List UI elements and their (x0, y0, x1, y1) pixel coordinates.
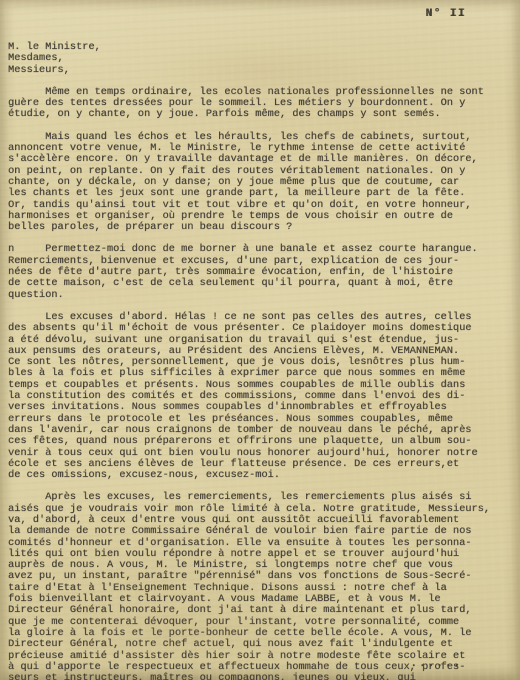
salutation-line-ministre: M. le Ministre, (8, 42, 514, 53)
page-number: N° II (425, 9, 466, 20)
salutation-line-mesdames: Mesdames, (8, 53, 514, 64)
paragraph-remerciements: Après les excuses, les remerciements, le… (8, 492, 514, 680)
salutation: M. le Ministre, Mesdames, Messieurs, (8, 42, 514, 76)
typewritten-letter-page: N° II M. le Ministre, Mesdames, Messieur… (0, 0, 520, 680)
footer-dots: ...... (410, 659, 462, 670)
paragraph-harangue: n Permettez-moi donc de me borner à une … (8, 244, 514, 300)
paragraph-ministre-venue: Mais quand les échos et les héraults, le… (8, 132, 514, 234)
paragraph-excuses: Les excuses d'abord. Hélas ! ce ne sont … (8, 312, 514, 481)
paragraph-intro: Même en temps ordinaire, les ecoles nati… (8, 87, 514, 121)
salutation-line-messieurs: Messieurs, (8, 65, 514, 76)
